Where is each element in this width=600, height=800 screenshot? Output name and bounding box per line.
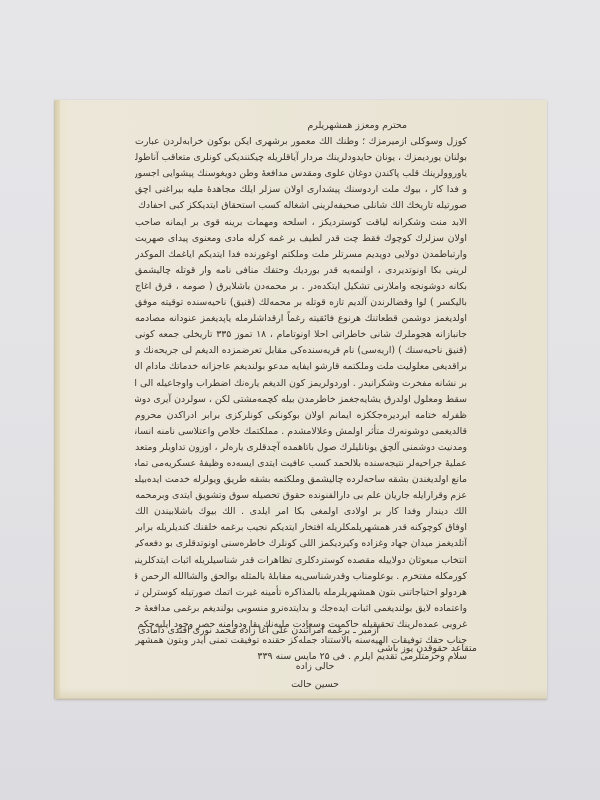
text-line: آتلدیغمز میدان جهاد وغزاده وکیردیکمز الل… bbox=[135, 536, 467, 552]
signature-line-origin: ازمیر ـ برغمه امرائندن علی آغا زاده محمد… bbox=[0, 622, 379, 640]
text-line: ومدنیت دوشمنی آلچق یونانلیلرك صول باتاهم… bbox=[135, 440, 467, 456]
text-line: بولنان یوردیمزك ، یونان حایدودلرینك مردا… bbox=[135, 150, 467, 166]
text-line: بالیکسر ) لوا وقضالرندن آلدیم تازه قوتله… bbox=[135, 295, 467, 311]
text-line: یاوروولرینك قلب پاکندن دوغان علوی ومقدس … bbox=[135, 166, 467, 182]
body-paragraph: کوزل وسوکلی ازمیرمزك ؛ وطنك الك معمور بر… bbox=[135, 134, 467, 665]
signature-block: ازمیر ـ برغمه امرائندن علی آغا زاده محمد… bbox=[55, 622, 547, 640]
text-line: عزم وقرارایله جاریان علم بی دارالفنونده … bbox=[135, 488, 467, 504]
text-line: عملیهٔ جراحیه‌لر نتیجه‌سنده بلالحمد کسب … bbox=[135, 456, 467, 472]
text-line: سقط ومعلول اولدرق یشایه‌جغمز خاطرمدن بیل… bbox=[135, 392, 467, 408]
text-line: انتخاب مبعوثان دولاییله مقصده کوستردکلری… bbox=[135, 553, 467, 569]
text-line: اولدیغمز دوشمن قطعاتنك هرنوع فائقیته رغم… bbox=[135, 311, 467, 327]
text-line: ظفرله ختامه ایردیره‌جککزه ایمانم اولان ب… bbox=[135, 408, 467, 424]
text-line: بر نشانه مفخرت وشکرانیدر . اوردولریمز کو… bbox=[135, 376, 467, 392]
text-line: الك دیندار وفدا کار بر اولادی اولمغی بکا… bbox=[135, 504, 467, 520]
text-line: اوفاق کوچوکنه قدر همشهریلمکلریله افتخار … bbox=[135, 520, 467, 536]
document-paper: محترم ومعزز همشهریلرم کوزل وسوکلی ازمیرم… bbox=[55, 100, 547, 699]
text-line: لرینی بکا اونوتدیردی ، اولنمه‌یه قدر بور… bbox=[135, 263, 467, 279]
signature-line-name: حسین حالت bbox=[255, 676, 375, 694]
text-line: وارتباطمدن دولایی دویدیم مسرتلر ملت وملک… bbox=[135, 247, 467, 263]
text-line: اولان سزلرك کوچوك فقط چت قدر لطیف بر غمه… bbox=[135, 231, 467, 247]
signature-line-family: حالی زاده bbox=[255, 658, 375, 676]
text-line: (قنیق ناحیه‌سنك ) (اریه‌سی) نام قریه‌سند… bbox=[135, 343, 467, 359]
letter-body: محترم ومعزز همشهریلرم کوزل وسوکلی ازمیرم… bbox=[135, 118, 467, 665]
salutation: محترم ومعزز همشهریلرم bbox=[135, 118, 407, 134]
text-line: صورتیله تاریخك الك شانلی صحیفه‌لرینی اشغ… bbox=[135, 198, 467, 214]
text-line: براقدیغی معلولیت ملت وملکتمه قارشو ایفای… bbox=[135, 359, 467, 375]
text-line: هردولو احتیاجاتنی بتون همشهریلرمله بالمذ… bbox=[135, 585, 467, 601]
text-line: و فدا کار ، بیوك ملت اردوسنك پیشداری اول… bbox=[135, 182, 467, 198]
text-line: کوزل وسوکلی ازمیرمزك ؛ وطنك الك معمور بر… bbox=[135, 134, 467, 150]
text-line: کورمکله مفتخرم . بوعلومناب وقدرشناسی‌یه … bbox=[135, 569, 467, 585]
text-line: الابد منت وشکرانه لیاقت کوستردیکز ، اسلح… bbox=[135, 215, 467, 231]
signature-line-rank: متقاعد حقوقدن یوز باشی bbox=[307, 640, 547, 658]
text-line: واعتماده لایق بولندیغمی اثبات ایده‌جك و … bbox=[135, 601, 467, 617]
text-line: بکانه دوشونجه واملارنی تشکیل ایتکده‌در .… bbox=[135, 279, 467, 295]
text-line: جانبازانه هجوملرك شانی خاطراتی احلا اونو… bbox=[135, 327, 467, 343]
text-line: قالدیغمی دوشونه‌رك متأثر اولمش وعلالامشد… bbox=[135, 424, 467, 440]
text-line: مانع اولدیغندن بشقه ساحه‌لرده چالیشمق وم… bbox=[135, 472, 467, 488]
